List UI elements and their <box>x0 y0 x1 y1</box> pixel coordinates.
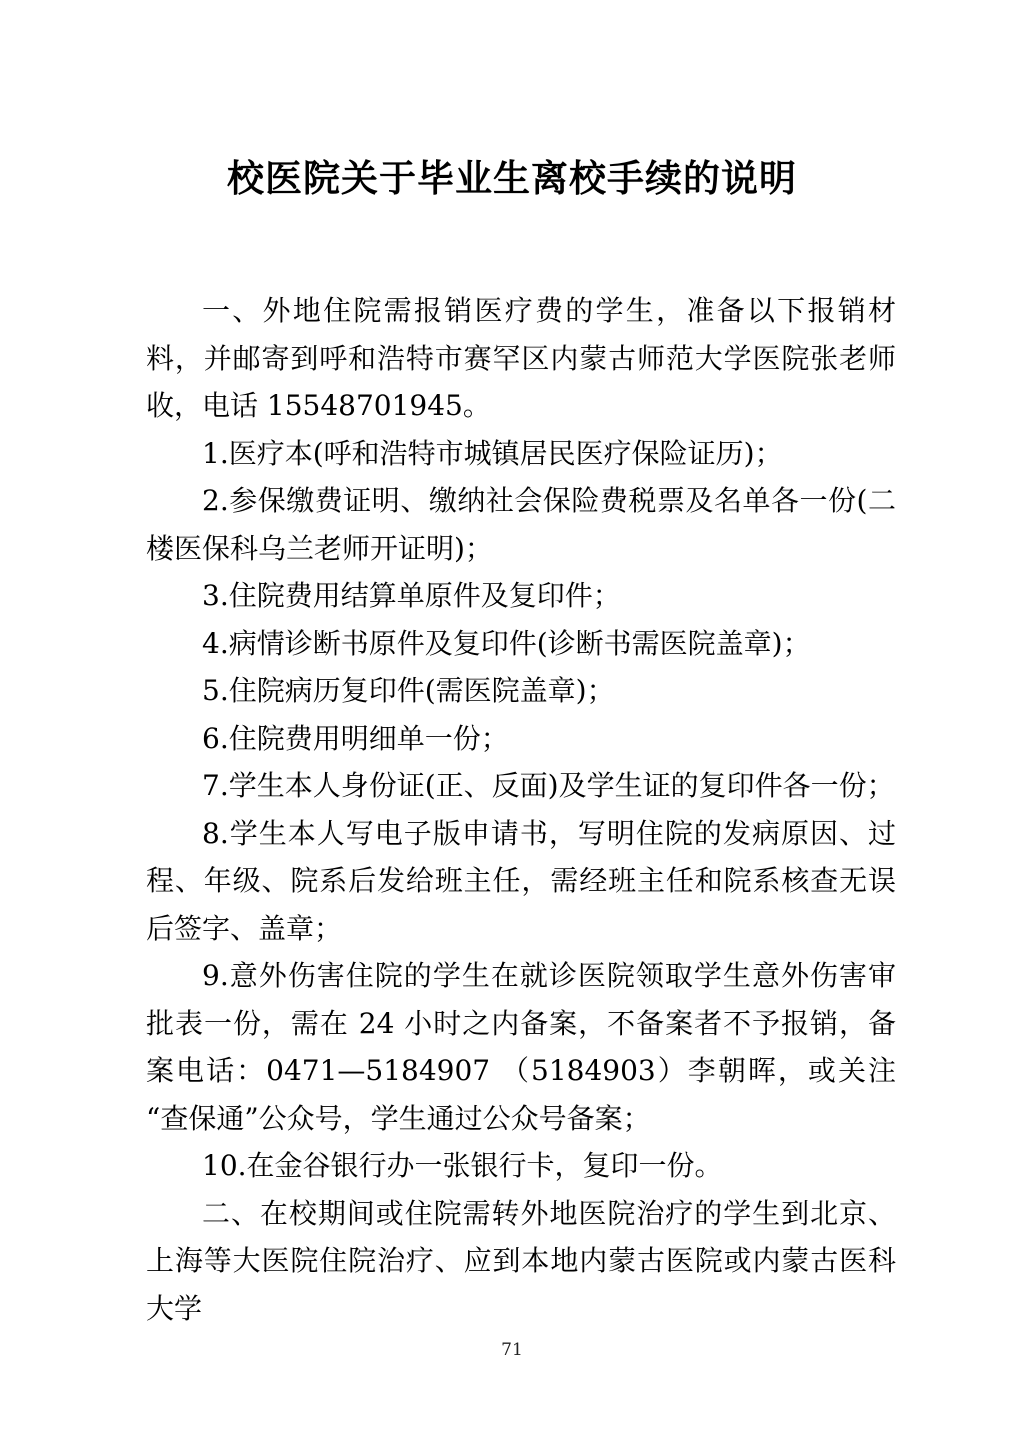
list-item-6: 6.住院费用明细单一份； <box>146 715 896 763</box>
list-item-5: 5.住院病历复印件(需医院盖章)； <box>146 667 896 715</box>
list-item-7: 7.学生本人身份证(正、反面)及学生证的复印件各一份； <box>146 762 896 810</box>
list-item-4: 4.病情诊断书原件及复印件(诊断书需医院盖章)； <box>146 620 896 668</box>
paragraph-section-2: 二、在校期间或住院需转外地医院治疗的学生到北京、上海等大医院住院治疗、应到本地内… <box>146 1190 896 1333</box>
list-item-8: 8.学生本人写电子版申请书，写明住院的发病原因、过程、年级、院系后发给班主任，需… <box>146 810 896 953</box>
document-page: 校医院关于毕业生离校手续的说明 一、外地住院需报销医疗费的学生，准备以下报销材料… <box>0 0 1024 1448</box>
list-item-1: 1.医疗本(呼和浩特市城镇居民医疗保险证历)； <box>146 430 896 478</box>
list-item-9: 9.意外伤害住院的学生在就诊医院领取学生意外伤害审批表一份，需在 24 小时之内… <box>146 952 896 1142</box>
list-item-10: 10.在金谷银行办一张银行卡，复印一份。 <box>146 1142 896 1190</box>
paragraph-section-1: 一、外地住院需报销医疗费的学生，准备以下报销材料，并邮寄到呼和浩特市赛罕区内蒙古… <box>146 287 896 430</box>
list-item-2: 2.参保缴费证明、缴纳社会保险费税票及名单各一份(二楼医保科乌兰老师开证明)； <box>146 477 896 572</box>
page-number: 71 <box>0 1340 1024 1360</box>
list-item-3: 3.住院费用结算单原件及复印件； <box>146 572 896 620</box>
document-title: 校医院关于毕业生离校手续的说明 <box>0 148 1024 202</box>
document-body: 一、外地住院需报销医疗费的学生，准备以下报销材料，并邮寄到呼和浩特市赛罕区内蒙古… <box>146 287 896 1332</box>
